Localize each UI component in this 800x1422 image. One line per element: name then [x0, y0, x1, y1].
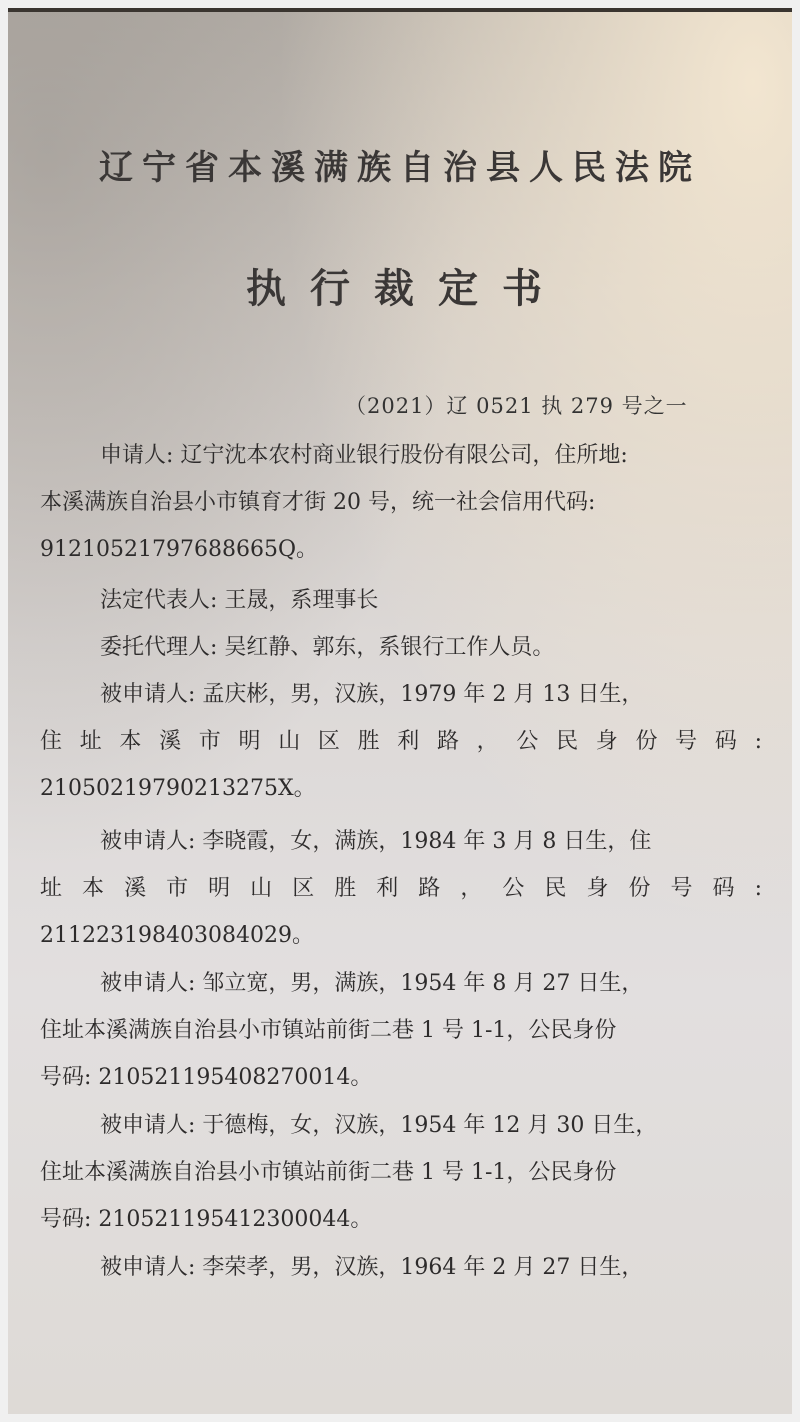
respondent-paragraph: 被申请人: 孟庆彬，男，汉族，1979 年 2 月 13 日生， 住址本溪市明山…	[40, 671, 762, 812]
text-line: 被申请人: 李晓霞，女，满族，1984 年 3 月 8 日生，住	[40, 818, 762, 865]
court-name: 辽宁省本溪满族自治县人民法院	[8, 140, 792, 189]
respondent-paragraph: 被申请人: 李荣孝，男，汉族，1964 年 2 月 27 日生，	[40, 1244, 762, 1291]
text-line: 211223198403084029。	[40, 912, 762, 959]
document-title: 执行裁定书	[8, 257, 792, 314]
text-line: 号码: 210521195412300044。	[40, 1196, 762, 1243]
text-line: 本溪满族自治县小市镇育才街 20 号，统一社会信用代码:	[40, 479, 762, 526]
text-line: 住址本溪满族自治县小市镇站前街二巷 1 号 1-1，公民身份	[40, 1007, 762, 1054]
text-line: 法定代表人: 王晟，系理事长	[40, 577, 762, 624]
agent-paragraph: 委托代理人: 吴红静、郭东，系银行工作人员。	[40, 624, 762, 671]
document-photo: 辽宁省本溪满族自治县人民法院 执行裁定书 （2021）辽 0521 执 279 …	[8, 8, 792, 1414]
respondent-paragraph: 被申请人: 邹立宽，男，满族，1954 年 8 月 27 日生， 住址本溪满族自…	[40, 960, 762, 1101]
applicant-paragraph: 申请人: 辽宁沈本农村商业银行股份有限公司，住所地: 本溪满族自治县小市镇育才街…	[40, 432, 762, 573]
text-line: 91210521797688665Q。	[40, 526, 762, 573]
text-line: 被申请人: 孟庆彬，男，汉族，1979 年 2 月 13 日生，	[40, 671, 762, 718]
text-line: 被申请人: 邹立宽，男，满族，1954 年 8 月 27 日生，	[40, 960, 762, 1007]
text-line: 住址本溪满族自治县小市镇站前街二巷 1 号 1-1，公民身份	[40, 1149, 762, 1196]
text-line: 址本溪市明山区胜利路，公民身份号码:	[40, 865, 762, 912]
text-line: 住址本溪市明山区胜利路，公民身份号码:	[40, 718, 762, 765]
text-line: 被申请人: 李荣孝，男，汉族，1964 年 2 月 27 日生，	[40, 1244, 762, 1291]
text-line: 申请人: 辽宁沈本农村商业银行股份有限公司，住所地:	[40, 432, 762, 479]
court-ruling-document: 辽宁省本溪满族自治县人民法院 执行裁定书 （2021）辽 0521 执 279 …	[8, 12, 792, 1414]
legal-representative-paragraph: 法定代表人: 王晟，系理事长	[40, 577, 762, 624]
respondent-paragraph: 被申请人: 李晓霞，女，满族，1984 年 3 月 8 日生，住 址本溪市明山区…	[40, 818, 762, 959]
text-line: 号码: 210521195408270014。	[40, 1054, 762, 1101]
text-line: 委托代理人: 吴红静、郭东，系银行工作人员。	[40, 624, 762, 671]
case-number: （2021）辽 0521 执 279 号之一	[345, 390, 688, 420]
text-line: 被申请人: 于德梅，女，汉族，1954 年 12 月 30 日生，	[40, 1102, 762, 1149]
respondent-paragraph: 被申请人: 于德梅，女，汉族，1954 年 12 月 30 日生， 住址本溪满族…	[40, 1102, 762, 1243]
text-line: 21050219790213275X。	[40, 765, 762, 812]
